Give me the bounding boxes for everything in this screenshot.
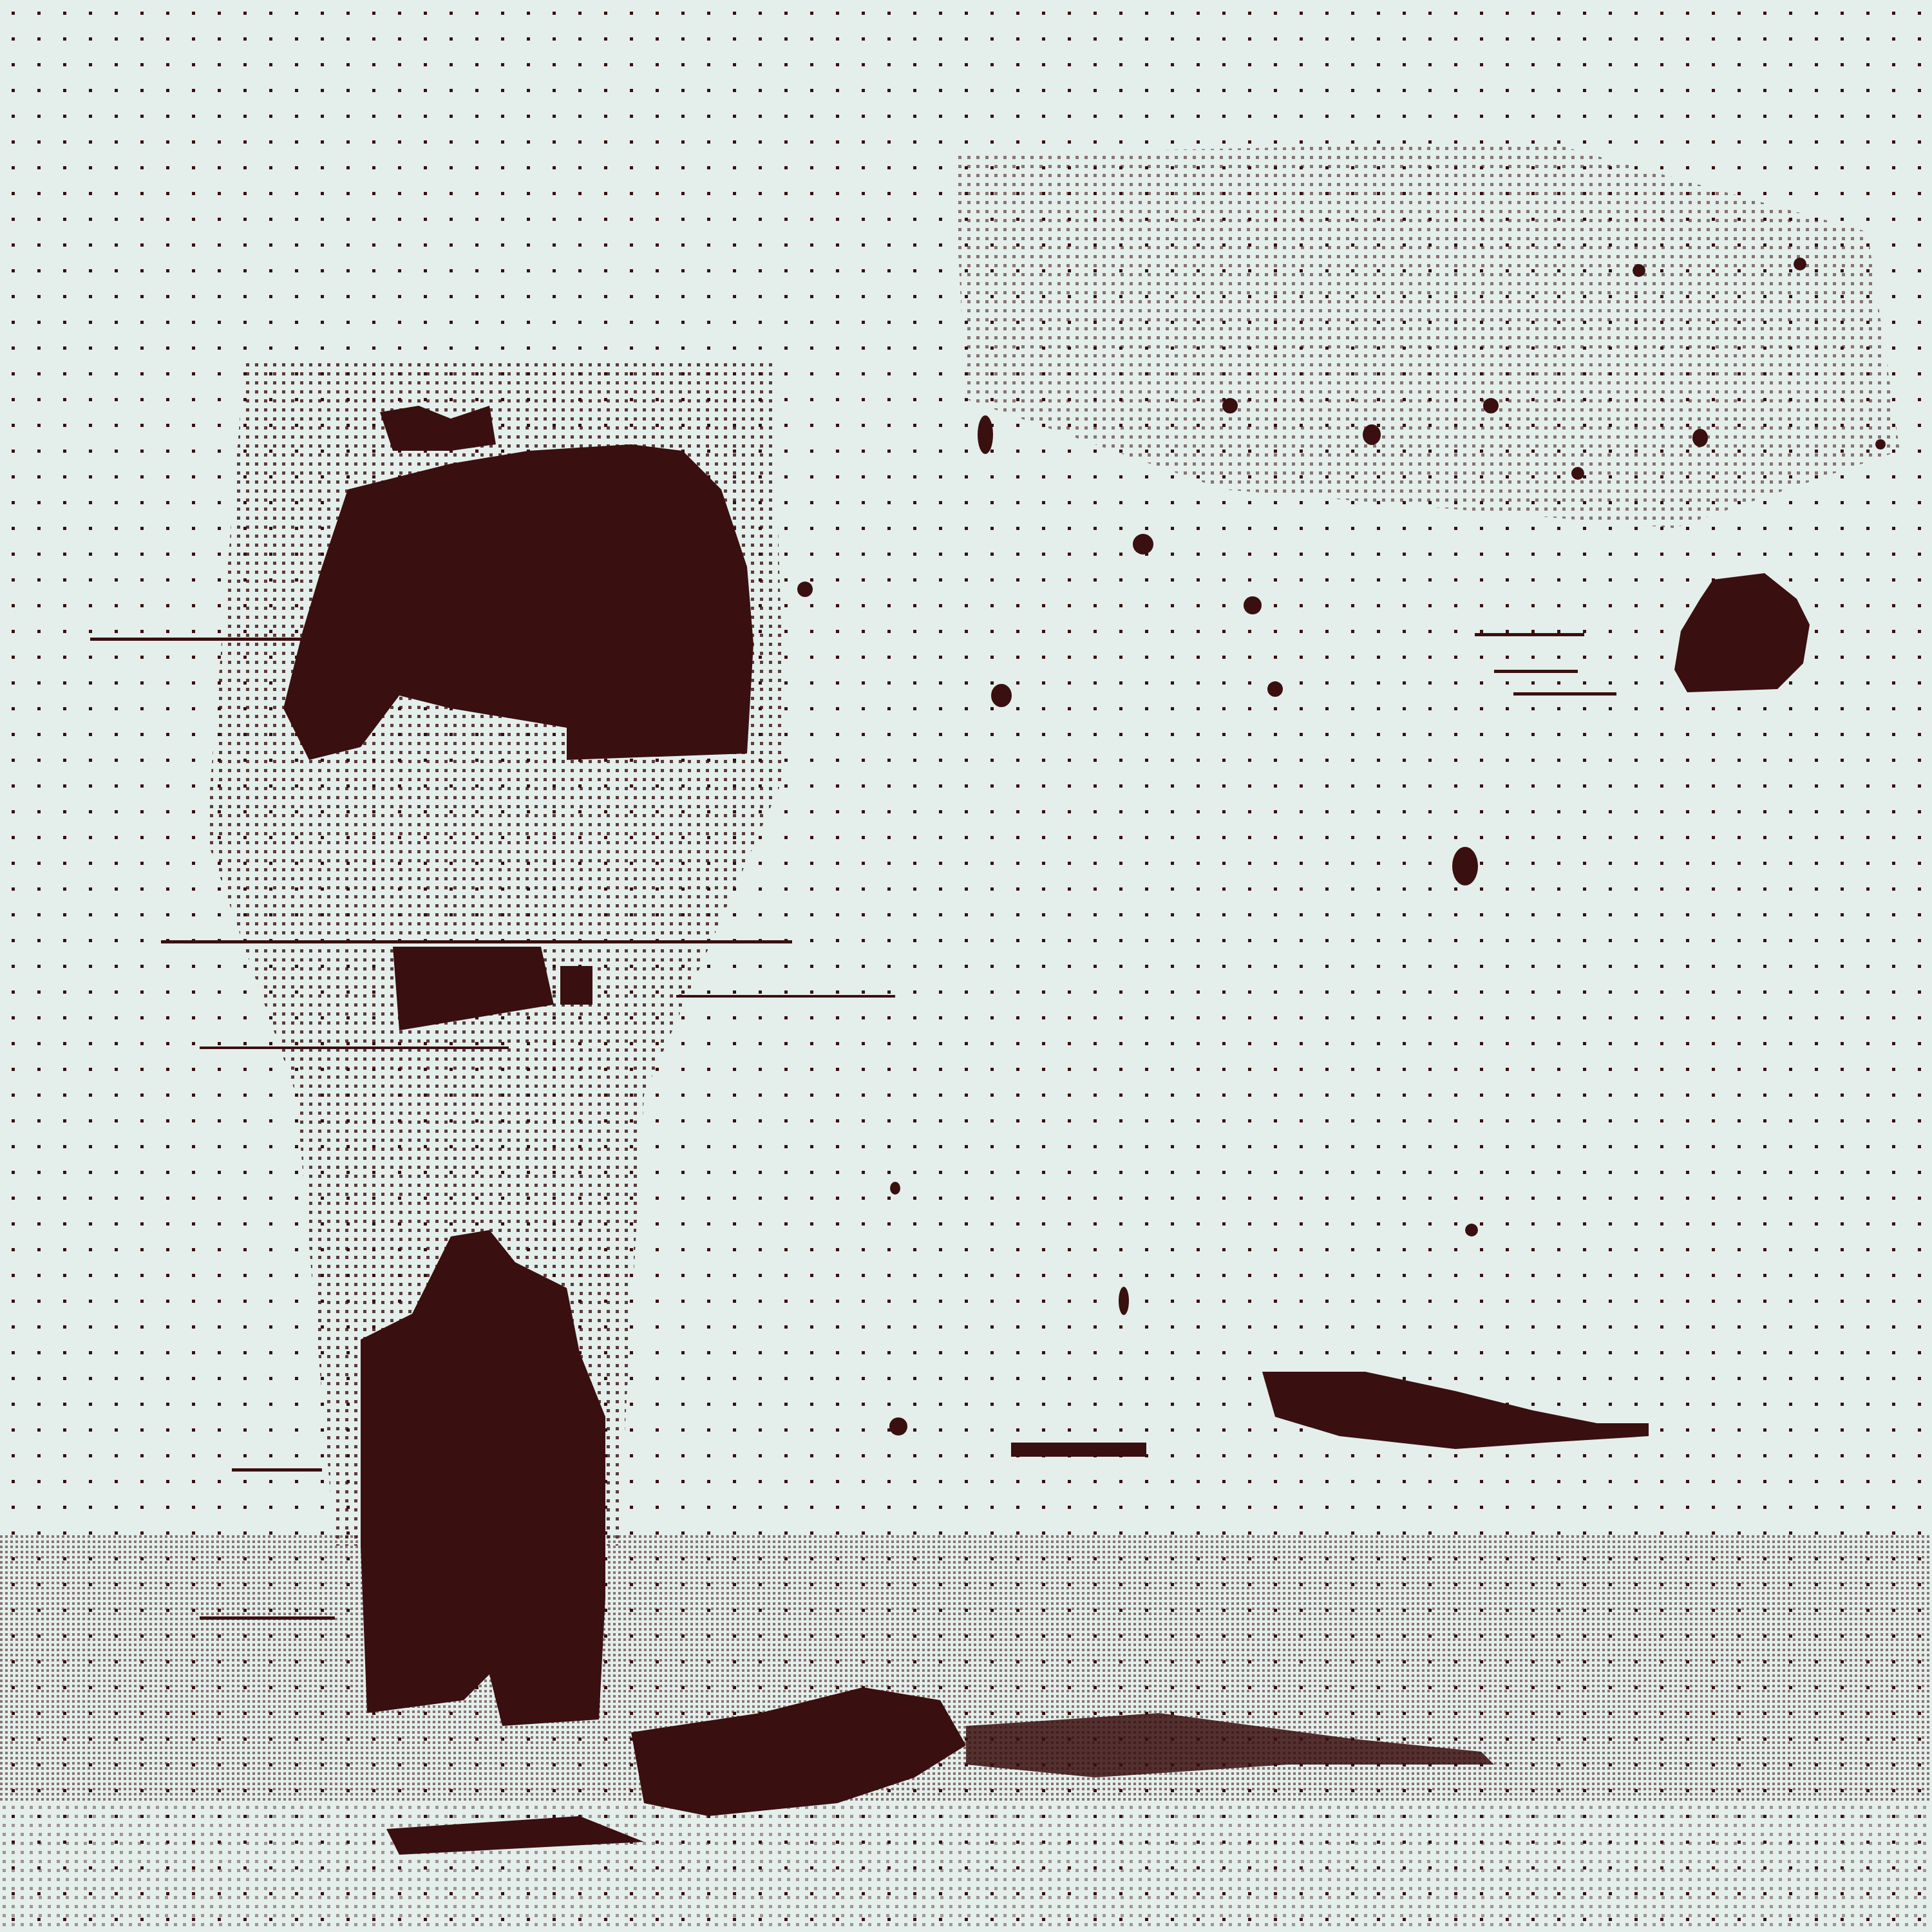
- dithered-artwork: [0, 0, 1932, 1932]
- streak-small: [1011, 1443, 1146, 1457]
- tower-upper-mass: [283, 444, 753, 760]
- foreground-dither: [0, 1803, 1932, 1932]
- artwork-canvas: [0, 0, 1932, 1932]
- tower-mid-window: [560, 966, 592, 1005]
